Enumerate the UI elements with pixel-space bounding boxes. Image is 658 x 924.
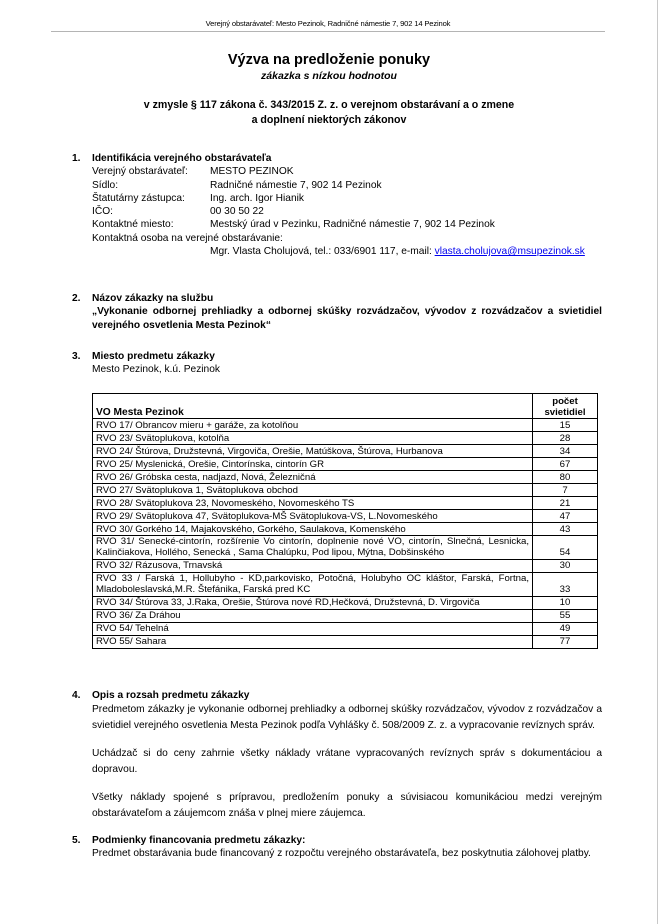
lighting-circuits-table: VO Mesta Pezinok počet svietidiel RVO 17… [92,393,598,649]
circuit-name-cell: RVO 29/ Svätoplukova 47, Svätoplukova-MŠ… [93,510,533,523]
field-seat: Sídlo: Radničné námestie 7, 902 14 Pezin… [92,179,602,192]
field-contracting-authority: Verejný obstarávateľ: MESTO PEZINOK [92,165,602,178]
table-row: RVO 28/ Svätoplukova 23, Novomeského, No… [93,497,598,510]
table-row: RVO 55/ Sahara77 [93,635,598,648]
section-heading: Identifikácia verejného obstarávateľa [92,152,602,165]
table-row: RVO 25/ Myslenická, Orešie, Cintorínska,… [93,458,598,471]
field-ico: IČO: 00 30 50 22 [92,205,602,218]
contact-person-line: Mgr. Vlasta Cholujová, tel.: 033/6901 11… [92,245,602,258]
section-3: 3. Miesto predmetu zákazky Mesto Pezinok… [72,350,602,377]
description-paragraph-2: Uchádzač si do ceny zahrnie všetky nákla… [92,746,602,777]
lamp-count-cell: 30 [533,559,598,572]
field-statutory-representative: Štatutárny zástupca: Ing. arch. Igor Hia… [92,192,602,205]
circuit-name-cell: RVO 25/ Myslenická, Orešie, Cintorínska,… [93,458,533,471]
table-row: RVO 33 / Farská 1, Hollubyho - KD,parkov… [93,572,598,596]
lamp-count-cell: 77 [533,635,598,648]
column-header-count-line-2: svietidiel [536,407,594,418]
circuit-name-cell: RVO 30/ Gorkého 14, Majakovského, Gorkéh… [93,523,533,536]
section-number: 5. [72,834,81,847]
circuit-name-cell: RVO 54/ Tehelná [93,622,533,635]
table-row: RVO 36/ Za Dráhou55 [93,609,598,622]
circuit-name-cell: RVO 17/ Obrancov mieru + garáže, za koto… [93,419,533,432]
table-row: RVO 23/ Svätoplukova, kotolňa28 [93,432,598,445]
lamp-count-cell: 67 [533,458,598,471]
description-paragraph-1: Predmetom zákazky je vykonanie odbornej … [92,702,602,733]
section-5: 5. Podmienky financovania predmetu zákaz… [72,834,602,861]
email-link[interactable]: vlasta.cholujova@msupezinok.sk [435,246,585,257]
description-paragraph-3: Všetky náklady spojené s prípravou, pred… [92,790,602,821]
circuit-name-cell: RVO 31/ Senecké-cintorín, rozšírenie Vo … [93,536,533,560]
table-row: RVO 24/ Štúrova, Družstevná, Virgoviča, … [93,445,598,458]
field-value: Radničné námestie 7, 902 14 Pezinok [210,179,602,192]
circuit-name-cell: RVO 33 / Farská 1, Hollubyho - KD,parkov… [93,572,533,596]
circuit-name-cell: RVO 24/ Štúrova, Družstevná, Virgoviča, … [93,445,533,458]
field-value: Ing. arch. Igor Hianik [210,192,602,205]
field-contact-place: Kontaktné miesto: Mestský úrad v Pezinku… [92,218,602,231]
lamp-count-cell: 47 [533,510,598,523]
lamp-count-cell: 55 [533,609,598,622]
section-4: 4. Opis a rozsah predmetu zákazky Predme… [72,689,602,821]
contact-person-label: Kontaktná osoba na verejné obstarávanie: [92,232,602,245]
lamp-count-cell: 28 [533,432,598,445]
contract-name-line-2: verejného osvetlenia Mesta Pezinok“ [92,319,602,332]
section-heading: Názov zákazky na službu [92,292,602,305]
section-number: 2. [72,292,81,305]
lamp-count-cell: 80 [533,471,598,484]
circuit-name-cell: RVO 34/ Štúrova 33, J.Raka, Orešie, Štúr… [93,596,533,609]
table-row: RVO 17/ Obrancov mieru + garáže, za koto… [93,419,598,432]
lamp-count-cell: 54 [533,536,598,560]
field-value: 00 30 50 22 [210,205,602,218]
table-row: RVO 26/ Gróbska cesta, nadjazd, Nová, Že… [93,471,598,484]
table-header-row: VO Mesta Pezinok počet svietidiel [93,394,598,419]
field-label: Kontaktné miesto: [92,218,210,231]
circuit-name-cell: RVO 23/ Svätoplukova, kotolňa [93,432,533,445]
table-row: RVO 34/ Štúrova 33, J.Raka, Orešie, Štúr… [93,596,598,609]
location-text: Mesto Pezinok, k.ú. Pezinok [92,363,602,376]
field-label: Sídlo: [92,179,210,192]
law-reference-line-2: a doplnení niektorých zákonov [0,114,658,126]
section-1: 1. Identifikácia verejného obstarávateľa… [72,152,602,258]
column-header-count: počet svietidiel [533,394,598,419]
table-row: RVO 29/ Svätoplukova 47, Svätoplukova-MŠ… [93,510,598,523]
lamp-count-cell: 33 [533,572,598,596]
field-label: Verejný obstarávateľ: [92,165,210,178]
section-number: 3. [72,350,81,363]
table-row: RVO 32/ Rázusova, Trnavská30 [93,559,598,572]
lamp-count-cell: 34 [533,445,598,458]
document-title: Výzva na predloženie ponuky [0,52,658,68]
circuit-name-cell: RVO 27/ Svätoplukova 1, Svätoplukova obc… [93,484,533,497]
table-row: RVO 54/ Tehelná49 [93,622,598,635]
table-row: RVO 31/ Senecké-cintorín, rozšírenie Vo … [93,536,598,560]
section-heading: Opis a rozsah predmetu zákazky [92,689,602,702]
column-header-count-line-1: počet [536,396,594,407]
circuit-name-cell: RVO 55/ Sahara [93,635,533,648]
field-label: Štatutárny zástupca: [92,192,210,205]
section-number: 4. [72,689,81,702]
circuit-name-cell: RVO 26/ Gróbska cesta, nadjazd, Nová, Že… [93,471,533,484]
section-heading: Miesto predmetu zákazky [92,350,602,363]
section-heading: Podmienky financovania predmetu zákazky: [92,834,602,847]
running-header: Verejný obstarávateľ: Mesto Pezinok, Rad… [51,19,605,32]
section-2: 2. Názov zákazky na službu „Vykonanie od… [72,292,602,332]
table-row: RVO 30/ Gorkého 14, Majakovského, Gorkéh… [93,523,598,536]
law-reference-line-1: v zmysle § 117 zákona č. 343/2015 Z. z. … [0,99,658,111]
section-number: 1. [72,152,81,165]
lamp-count-cell: 7 [533,484,598,497]
circuit-name-cell: RVO 32/ Rázusova, Trnavská [93,559,533,572]
field-value: MESTO PEZINOK [210,165,602,178]
circuit-name-cell: RVO 28/ Svätoplukova 23, Novomeského, No… [93,497,533,510]
lamp-count-cell: 21 [533,497,598,510]
financing-text: Predmet obstarávania bude financovaný z … [92,847,602,860]
field-value: Mestský úrad v Pezinku, Radničné námesti… [210,218,602,231]
lamp-count-cell: 43 [533,523,598,536]
lamp-count-cell: 10 [533,596,598,609]
lamp-count-cell: 49 [533,622,598,635]
table-row: RVO 27/ Svätoplukova 1, Svätoplukova obc… [93,484,598,497]
field-label: IČO: [92,205,210,218]
contact-person-details: Mgr. Vlasta Cholujová, tel.: 033/6901 11… [210,246,435,257]
document-subtitle: zákazka s nízkou hodnotou [0,70,658,82]
contract-name-line-1: „Vykonanie odbornej prehliadky a odborne… [92,305,602,318]
circuit-name-cell: RVO 36/ Za Dráhou [93,609,533,622]
column-header-name: VO Mesta Pezinok [93,394,533,419]
lamp-count-cell: 15 [533,419,598,432]
